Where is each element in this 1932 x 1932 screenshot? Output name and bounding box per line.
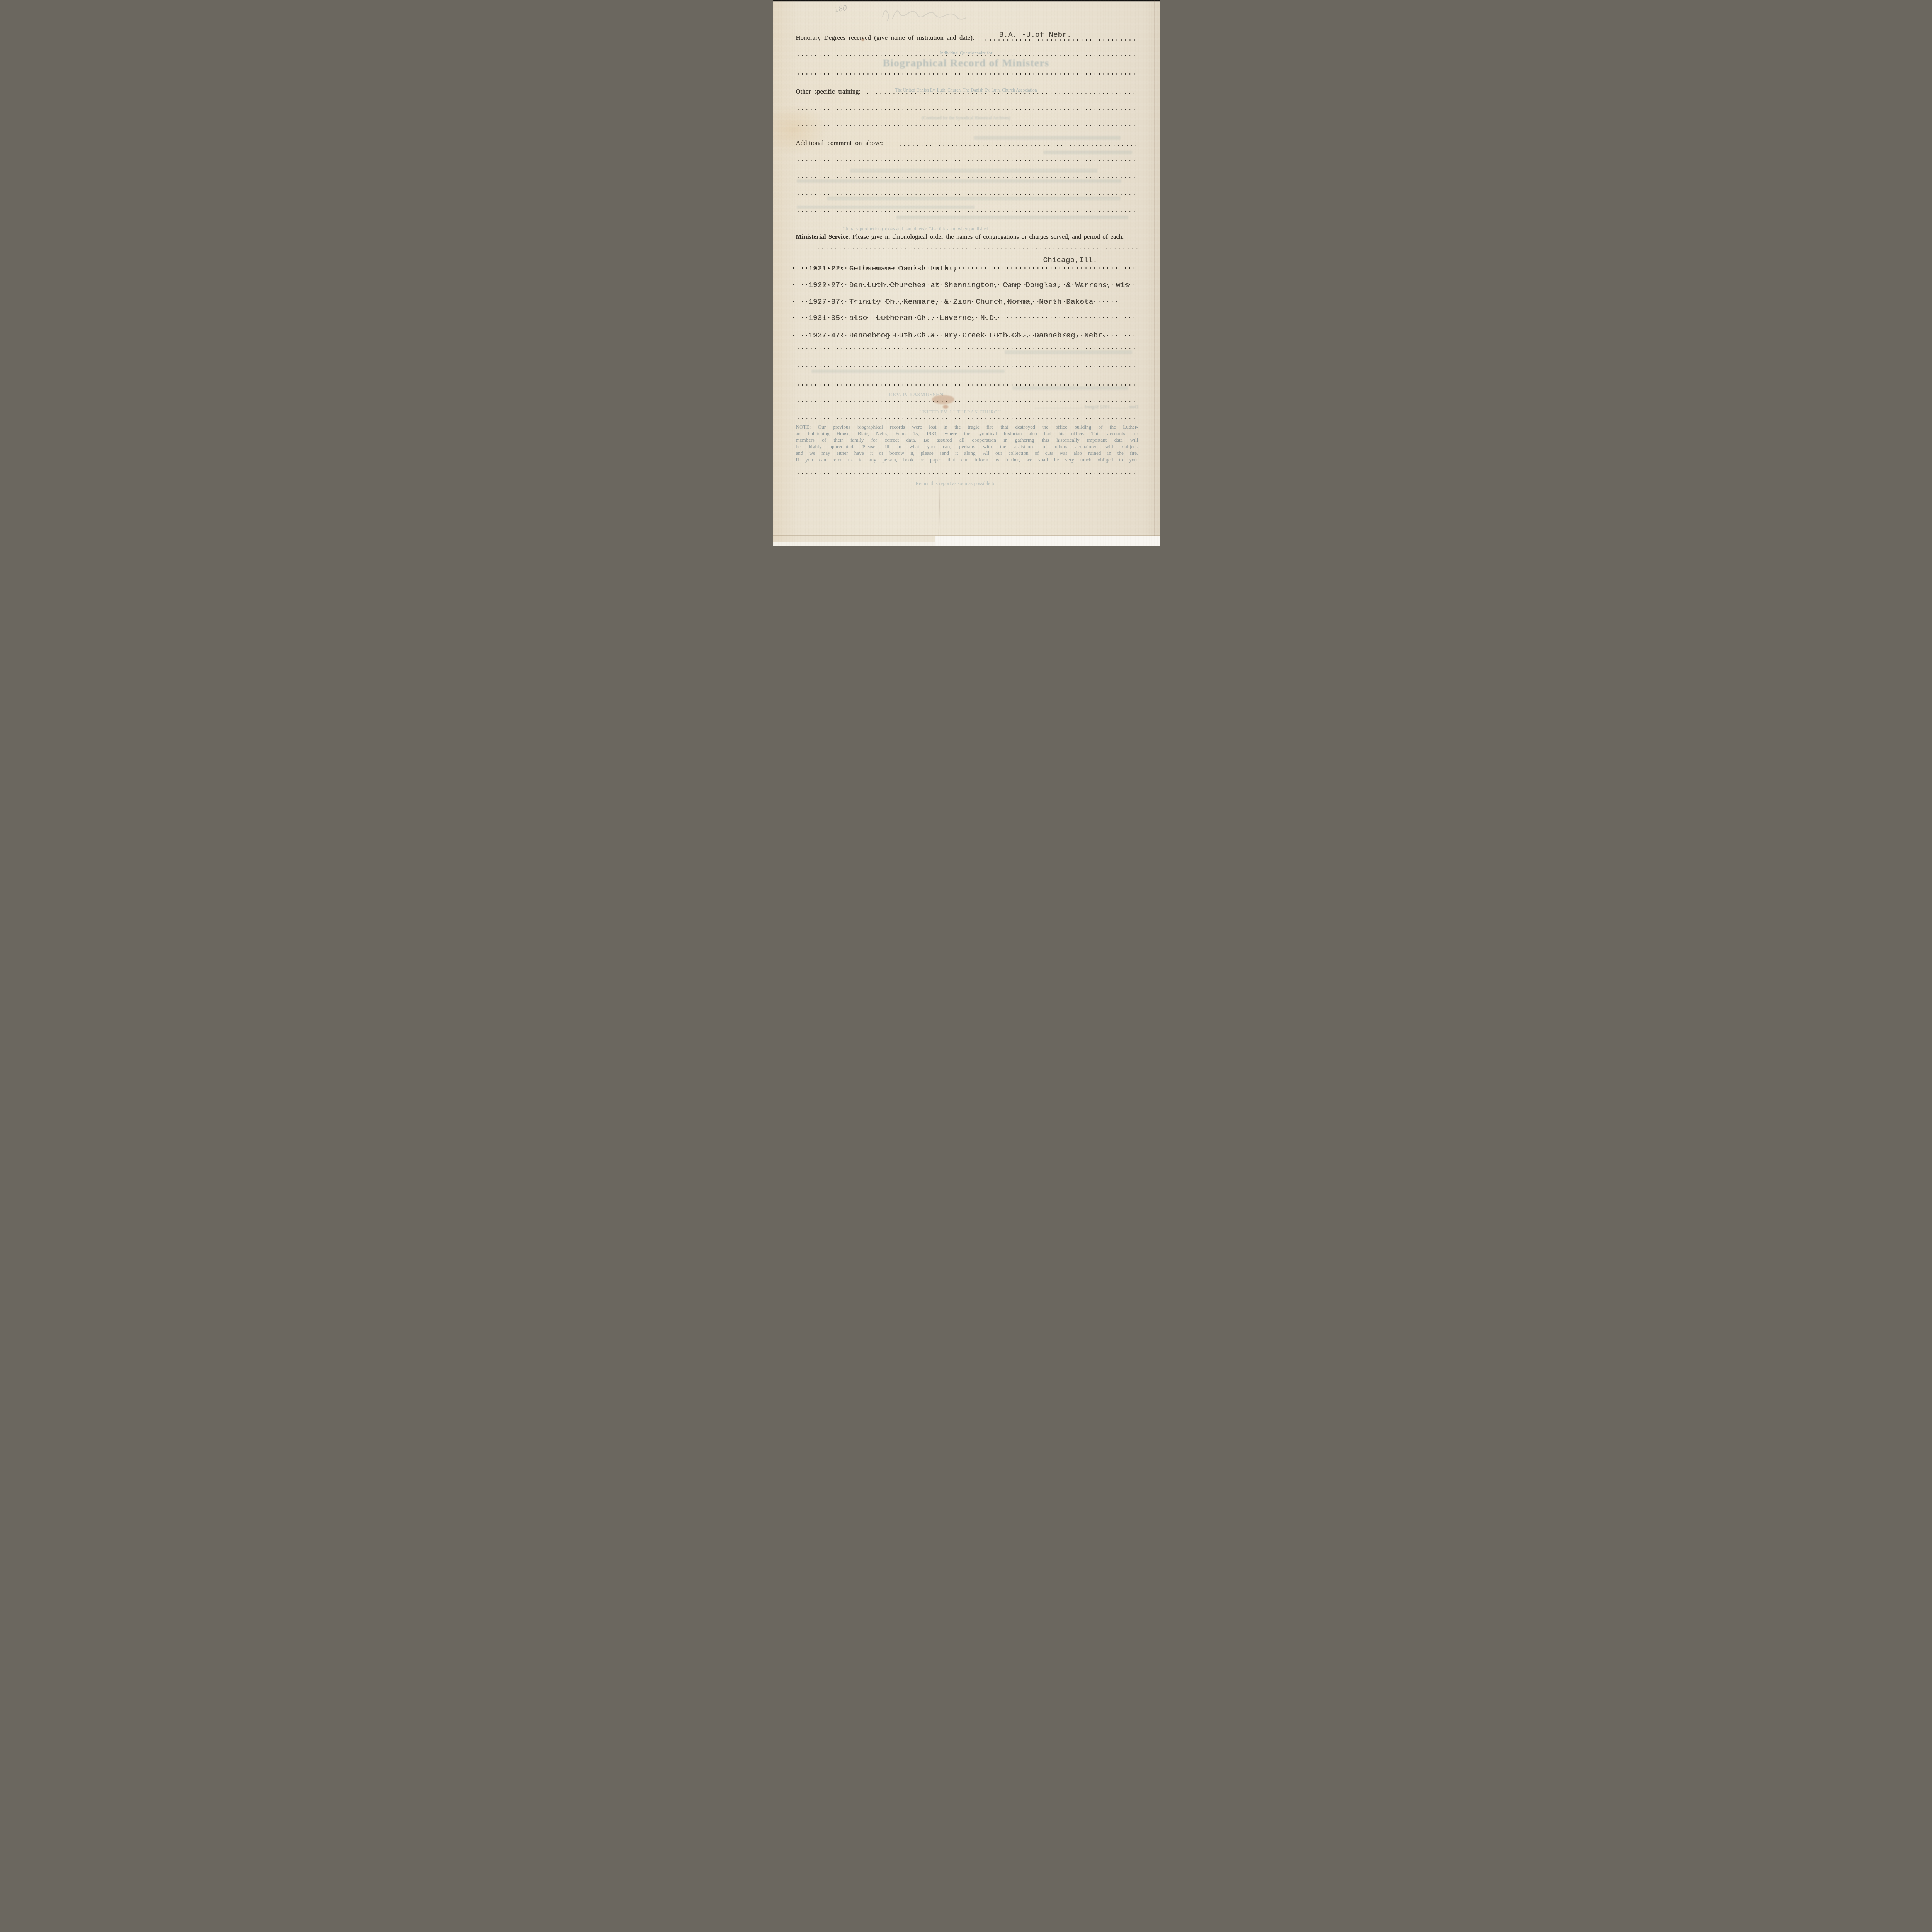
dotted-line <box>984 39 1138 41</box>
edge-crease <box>1154 0 1155 546</box>
dotted-line <box>796 347 1138 349</box>
rust-speck <box>862 39 864 41</box>
bleed-smudge <box>797 206 975 209</box>
bleed-smudge <box>896 216 1128 219</box>
dotted-line <box>791 284 1138 286</box>
service-entry-row: 1937-47: Dannebrog Luth.Ch.& Dry Creek L… <box>791 323 1142 332</box>
service-entry-row: 1921-22: Gethsemane Danish Luth., Chicag… <box>791 256 1142 265</box>
dotted-line <box>796 109 1138 111</box>
entry-location: Chicago,Ill. <box>1043 256 1097 264</box>
backing-sheet <box>935 536 1160 546</box>
rust-stain <box>932 395 954 404</box>
note-line: and we may either have it or borrow it, … <box>796 450 1138 456</box>
dotted-line <box>816 248 1138 250</box>
dotted-line <box>898 144 1138 146</box>
dotted-line <box>796 193 1138 195</box>
handwriting-note: 180 <box>834 3 847 14</box>
note-paragraph: NOTE: Our previous biographical records … <box>796 423 1138 463</box>
bleed-stamp-org: UNITED EV. LUTHERAN CHURCH <box>920 409 1002 415</box>
note-line: be highly appreciated. Please fill in wh… <box>796 443 1138 450</box>
service-entry-row: 1922-27: Dan.Luth.Churches at Shenningto… <box>791 272 1142 282</box>
bleed-smudge <box>1005 350 1132 354</box>
dotted-line <box>791 267 1138 269</box>
dotted-line <box>796 177 1138 179</box>
note-line: If you can refer us to any person, book … <box>796 456 1138 463</box>
note-line: an Publishing House, Blair, Nebr., Febr.… <box>796 430 1138 437</box>
dotted-line <box>791 317 1138 319</box>
note-line: members of their family for correct data… <box>796 437 1138 443</box>
dotted-line <box>796 418 1138 420</box>
dotted-line <box>796 160 1138 162</box>
handwriting-scribble <box>879 2 980 26</box>
dotted-line <box>791 300 1124 302</box>
dotted-line <box>796 472 1138 474</box>
bleed-smudge <box>827 197 1121 200</box>
dotted-line <box>796 125 1138 127</box>
note-line: NOTE: Our previous biographical records … <box>796 423 1138 430</box>
ministerial-service-heading: Ministerial Service. <box>796 233 850 240</box>
honorary-degrees-answer: B.A. -U.of Nebr. <box>999 31 1071 39</box>
service-entry-row: 1931-35: also Lutheran Ch., Luverne, N.D… <box>791 305 1142 315</box>
bleed-smudge <box>797 179 1121 183</box>
dotted-line <box>796 73 1138 75</box>
honorary-degrees-label: Honorary Degrees received (give name of … <box>796 34 975 42</box>
bleed-smudge <box>811 370 1005 373</box>
dotted-line <box>791 334 1138 336</box>
warm-stain <box>773 104 827 155</box>
bleed-continued-line: (Continued for the Synodical Historical … <box>773 116 1160 121</box>
dotted-line <box>796 366 1138 368</box>
return-instruction: Return this report as soon as possible t… <box>916 480 996 486</box>
dotted-line <box>796 400 1138 402</box>
ministerial-service-instructions: Please give in chronological order the n… <box>852 233 1124 240</box>
bleed-smudge <box>974 136 1121 140</box>
backing-sheet <box>773 542 935 546</box>
bleed-smudge <box>1012 386 1128 390</box>
dotted-line <box>866 93 1138 95</box>
bleed-literary-line: Literary production (books and pamphlets… <box>843 226 990 232</box>
bleed-smudge <box>850 169 1097 173</box>
bleed-smudge <box>1043 151 1132 154</box>
dotted-line <box>796 384 1138 386</box>
service-entry-row: 1927-37: Trinity Ch.,Kenmare, & Zion Chu… <box>791 289 1142 298</box>
dotted-line <box>796 55 1138 57</box>
scanned-document-page: 180 Individual Questionnaire for Biograp… <box>773 0 1160 546</box>
other-training-label: Other specific training: <box>796 88 861 95</box>
bleed-title: Biographical Record of Ministers <box>773 57 1160 70</box>
ministerial-service-heading-paragraph: Ministerial Service. Please give in chro… <box>796 233 1138 241</box>
dotted-line <box>796 210 1138 212</box>
rust-stain <box>943 405 948 409</box>
